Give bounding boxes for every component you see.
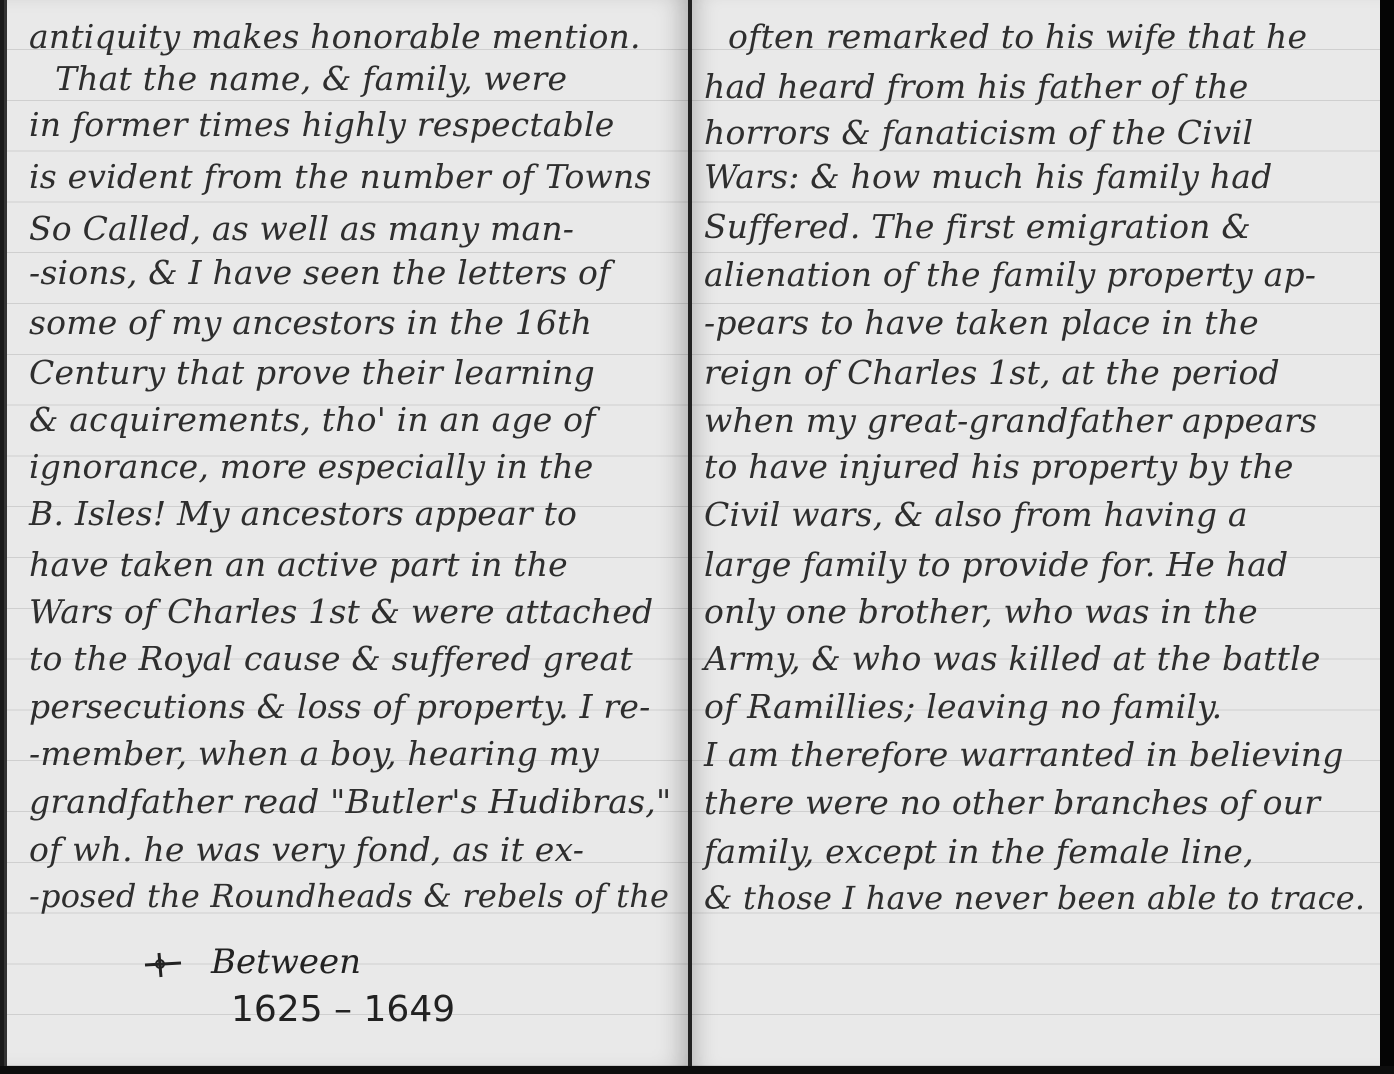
left-line-6: -sions, & I have seen the letters of [29, 256, 611, 289]
right-line-16: I am therefore warranted in believing [704, 738, 1344, 771]
left-line-3: in former times highly respectable [29, 108, 615, 141]
right-line-2: had heard from his father of the [704, 70, 1248, 103]
right-line-11: Civil wars, & also from having a [704, 498, 1248, 531]
left-line-8: Century that prove their learning [29, 356, 595, 389]
left-line-18: of wh. he was very fond, as it ex- [29, 833, 584, 866]
right-line-6: alienation of the family property ap- [704, 258, 1316, 291]
left-line-10: ignorance, more especially in the [29, 450, 593, 483]
left-line-16: -member, when a boy, hearing my [29, 737, 599, 770]
cross-reference-icon [143, 950, 183, 980]
right-line-15: of Ramillies; leaving no family. [704, 690, 1222, 723]
right-line-13: only one brother, who was in the [704, 595, 1258, 628]
left-line-2: That the name, & family, were [55, 62, 567, 95]
left-line-7: some of my ancestors in the 16th [29, 306, 592, 339]
notebook-spread: antiquity makes honorable mention. That … [0, 0, 1394, 1074]
scan-edge-bottom [0, 1066, 1394, 1074]
right-line-8: reign of Charles 1st, at the period [704, 356, 1280, 389]
left-line-12: have taken an active part in the [29, 548, 568, 581]
left-line-19: -posed the Roundheads & rebels of the [29, 880, 669, 912]
right-line-3: horrors & fanaticism of the Civil [704, 116, 1253, 149]
right-line-4: Wars: & how much his family had [704, 160, 1272, 193]
right-line-17: there were no other branches of our [704, 786, 1320, 819]
scan-edge-right [1380, 0, 1394, 1074]
left-line-5: So Called, as well as many man- [29, 212, 574, 245]
right-line-19: & those I have never been able to trace. [704, 882, 1365, 914]
footnote-years: 1625 – 1649 [231, 992, 455, 1028]
right-line-1: often remarked to his wife that he [728, 20, 1307, 53]
right-line-7: -pears to have taken place in the [704, 306, 1259, 339]
right-page: often remarked to his wife that he had h… [692, 0, 1380, 1066]
left-line-11: B. Isles! My ancestors appear to [29, 497, 577, 530]
left-line-13: Wars of Charles 1st & were attached [29, 595, 653, 628]
right-line-9: when my great-grandfather appears [704, 404, 1317, 437]
footnote-text: Between [211, 945, 361, 979]
right-line-14: Army, & who was killed at the battle [704, 642, 1321, 675]
right-line-12: large family to provide for. He had [704, 548, 1288, 581]
left-line-15: persecutions & loss of property. I re- [29, 690, 650, 723]
right-line-5: Suffered. The first emigration & [704, 210, 1251, 243]
right-line-10: to have injured his property by the [704, 450, 1294, 483]
left-line-4: is evident from the number of Towns [29, 160, 652, 193]
left-line-1: antiquity makes honorable mention. [29, 20, 641, 53]
left-line-9: & acquirements, tho' in an age of [29, 403, 596, 436]
right-line-18: family, except in the female line, [704, 835, 1254, 868]
left-line-17: grandfather read "Butler's Hudibras," [29, 785, 671, 818]
left-line-14: to the Royal cause & suffered great [29, 642, 633, 675]
left-page: antiquity makes honorable mention. That … [4, 0, 691, 1066]
